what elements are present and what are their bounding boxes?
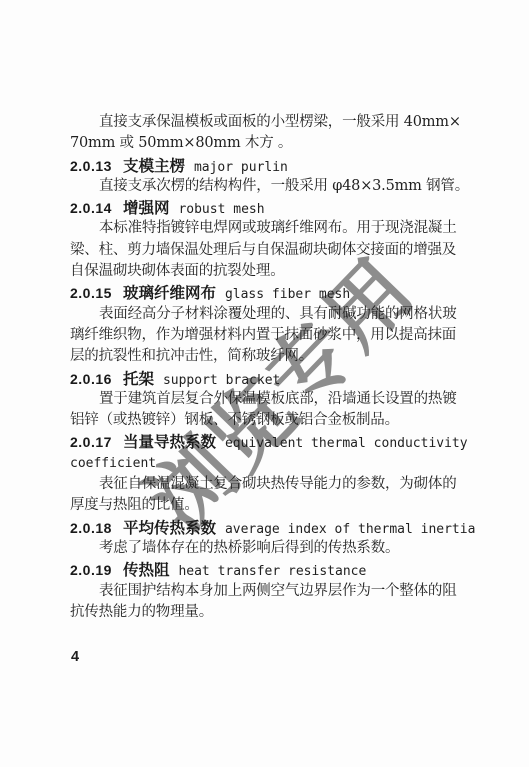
definition-line: 铝锌（或热镀锌）钢板、不锈钢板或铝合金板制品。 — [70, 410, 472, 431]
term-name-en: support bracket — [163, 373, 280, 388]
term-number: 2.0.15 — [70, 285, 112, 301]
term-heading: 2.0.13支模主楞major purlin — [70, 155, 472, 176]
page-number: 4 — [71, 649, 79, 665]
definition-line: 直接支承次楞的结构构件，一般采用 φ48×3.5mm 钢管。 — [70, 176, 472, 197]
intro-line: 70mm 或 50mm×80mm 木方 。 — [70, 133, 472, 154]
definition-line: 考虑了墙体存在的热桥影响后得到的传热系数。 — [70, 538, 472, 559]
term-number: 2.0.19 — [70, 562, 112, 578]
definition-line: 本标准特指镀锌电焊网或玻璃纤维网布。用于现浇混凝土 — [70, 218, 472, 239]
term-number: 2.0.13 — [70, 158, 112, 174]
definition-line: 梁、柱、剪力墙保温处理后与自保温砌块砌体交接面的增强及 — [70, 240, 472, 261]
term-name-zh: 支模主楞 — [123, 158, 185, 175]
term-heading: 2.0.14增强网robust mesh — [70, 197, 472, 218]
definition-line: 自保温砌块砌体表面的抗裂处理。 — [70, 261, 472, 282]
term-heading: 2.0.16托架support bracket — [70, 368, 472, 389]
term-name-en: glass fiber mesh — [225, 287, 350, 302]
term-name-zh: 托架 — [123, 371, 154, 388]
term-number: 2.0.16 — [70, 371, 112, 387]
term-heading: 2.0.15玻璃纤维网布glass fiber mesh — [70, 282, 472, 303]
term-heading: 2.0.18平均传热系数average index of thermal ine… — [70, 517, 472, 538]
definition-line: 璃纤维织物，作为增强材料内置于抹面砂浆中，用以提高抹面 — [70, 325, 472, 346]
term-name-zh: 当量导热系数 — [123, 434, 216, 451]
term-number: 2.0.18 — [70, 520, 112, 536]
intro-line: 直接支承保温模板或面板的小型楞梁，一般采用 40mm× — [70, 112, 472, 133]
definition-line: 厚度与热阻的比值。 — [70, 495, 472, 516]
term-name-en: robust mesh — [178, 202, 264, 217]
term-name-en: major purlin — [194, 160, 288, 175]
term-name-en: average index of thermal inertia — [225, 522, 475, 537]
term-number: 2.0.14 — [70, 200, 112, 216]
term-name-zh: 玻璃纤维网布 — [123, 285, 216, 302]
term-name-en-continuation: coefficient — [70, 453, 472, 474]
term-heading: 2.0.19传热阻heat transfer resistance — [70, 559, 472, 580]
term-name-en: equivalent thermal conductivity — [225, 436, 468, 451]
term-name-en: heat transfer resistance — [178, 564, 366, 579]
definition-line: 层的抗裂性和抗冲击性，简称玻纤网。 — [70, 346, 472, 367]
document-body: 直接支承保温模板或面板的小型楞梁，一般采用 40mm×70mm 或 50mm×8… — [70, 112, 472, 623]
term-heading: 2.0.17当量导热系数equivalent thermal conductiv… — [70, 431, 472, 452]
term-name-zh: 传热阻 — [123, 562, 170, 579]
document-page: 浏览专用 直接支承保温模板或面板的小型楞梁，一般采用 40mm×70mm 或 5… — [0, 0, 529, 767]
term-number: 2.0.17 — [70, 434, 112, 450]
term-name-zh: 平均传热系数 — [123, 520, 216, 537]
definition-line: 抗传热能力的物理量。 — [70, 602, 472, 623]
definition-line: 表征围护结构本身加上两侧空气边界层作为一个整体的阻 — [70, 581, 472, 602]
definition-line: 表征自保温混凝土复合砌块热传导能力的参数，为砌体的 — [70, 474, 472, 495]
term-name-zh: 增强网 — [123, 200, 170, 217]
definition-line: 置于建筑首层复合外保温模板底部，沿墙通长设置的热镀 — [70, 389, 472, 410]
definition-line: 表面经高分子材料涂覆处理的、具有耐碱功能的网格状玻 — [70, 304, 472, 325]
